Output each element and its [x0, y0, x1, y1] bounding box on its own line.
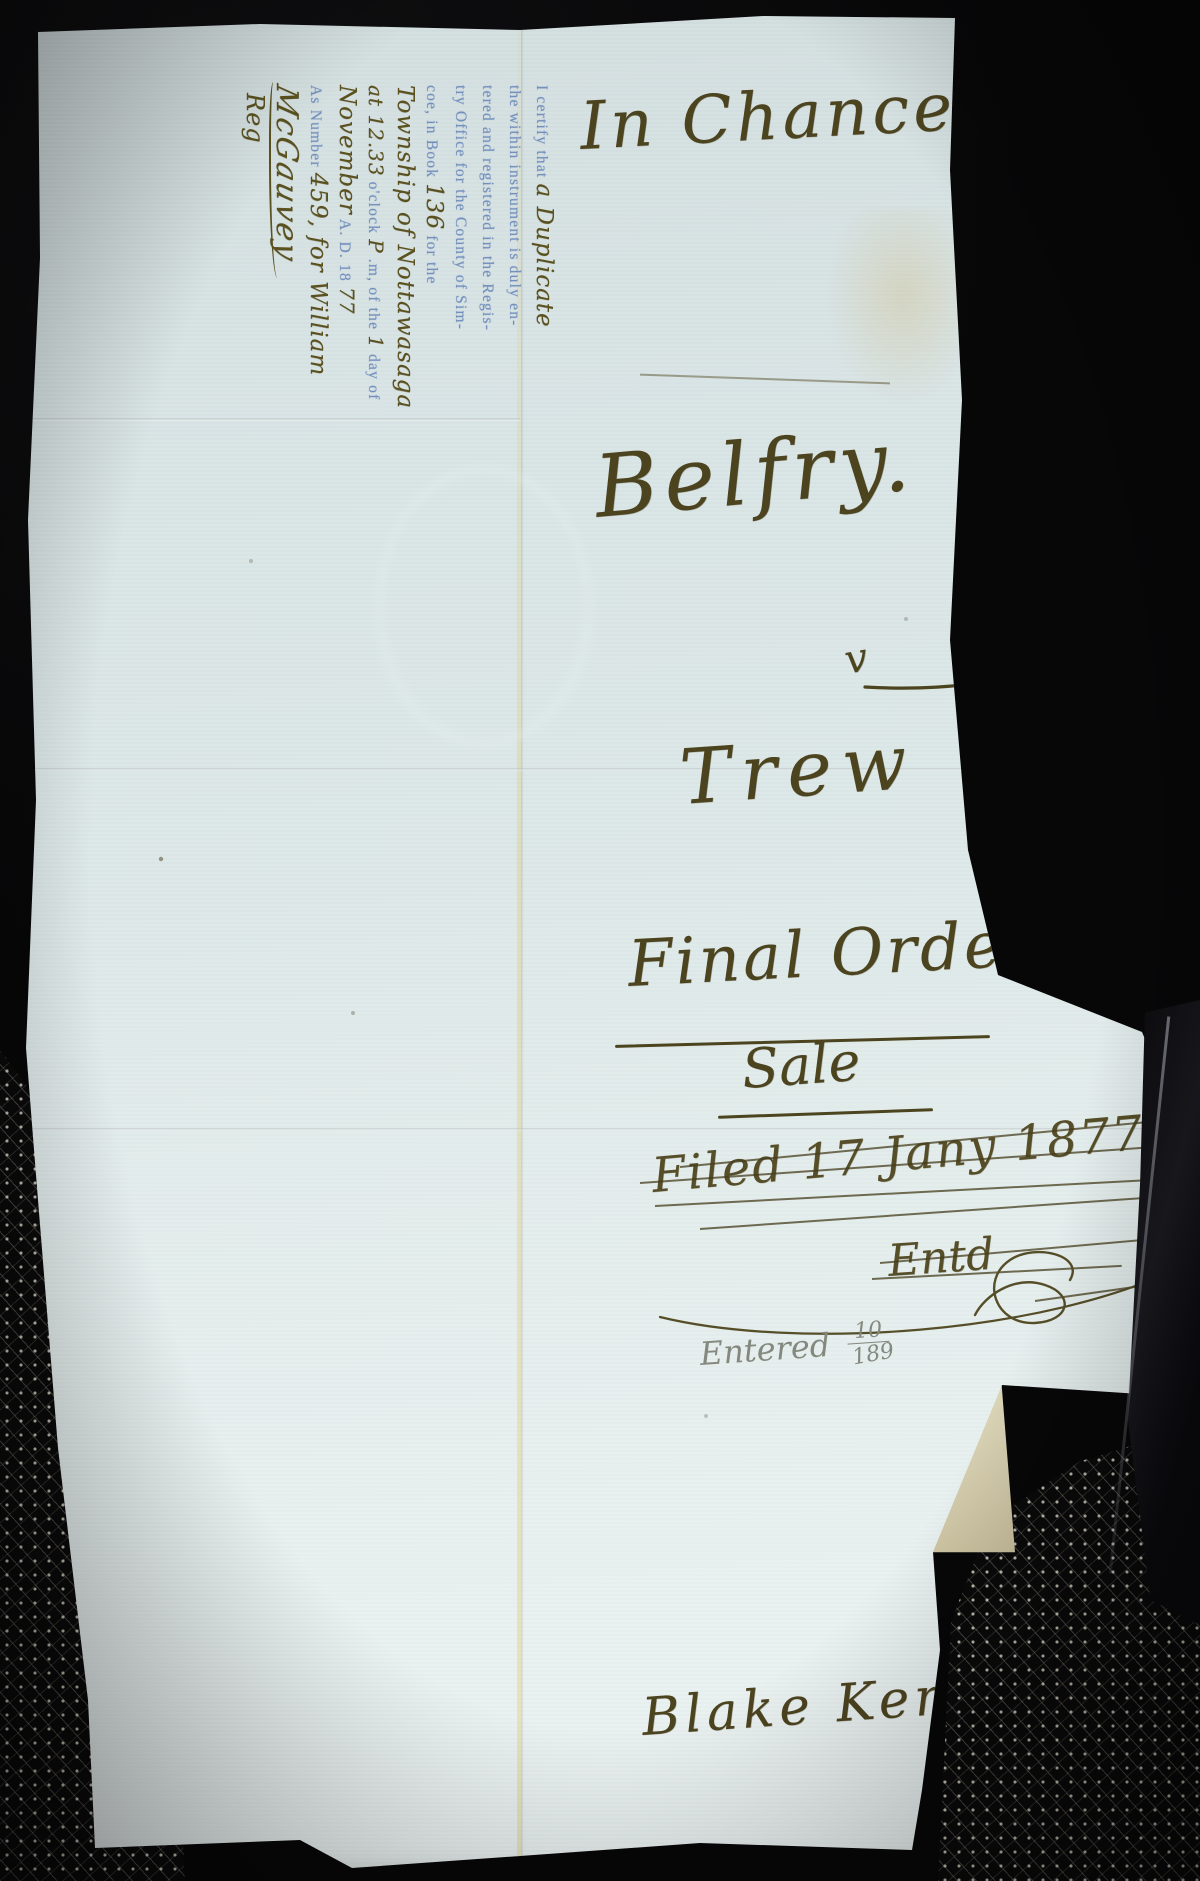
order-subtitle: Sale [740, 1030, 863, 1101]
stamp-line-2-text: the within instrument is duly en- [506, 85, 523, 327]
registry-stamp: I certify that a Duplicate the within in… [238, 85, 557, 417]
order-title: Final Order [626, 907, 1040, 1002]
stamp-line-7: at 12.33 o'clock P .m, of the 1 day of [360, 85, 389, 417]
stamp-line-8: November A. D. 18 77 [331, 85, 360, 417]
struck-filing-note: Filed 17 Jany 1877 [650, 1105, 1147, 1204]
stamp-certify-prefix: I certify that [533, 85, 550, 178]
stamp-year-written: 77 [335, 287, 359, 314]
stamp-signature-row: McGauvey [268, 85, 300, 417]
pencil-fraction: 10189 [846, 1319, 891, 1369]
stamp-line-5-pre: coe, in Book [423, 85, 440, 178]
stamp-certify-written: a Duplicate [531, 183, 557, 327]
order-subtitle-underline [718, 1108, 933, 1118]
stamp-line-5: coe, in Book 136 for the [418, 85, 447, 417]
stamp-line-4-text: try Office for the County of Sim- [452, 85, 469, 330]
stamp-reg-row: Reg [238, 85, 268, 417]
pencil-fraction-bottom: 189 [851, 1339, 897, 1370]
embossed-seal [375, 465, 593, 748]
registrar-title: Reg [241, 93, 269, 144]
stamp-day-written: 1 [364, 335, 388, 349]
stamp-time-written: at 12.33 [364, 85, 388, 177]
pencil-entered-label: Entered [699, 1326, 832, 1373]
age-specks [0, 0, 2, 2]
horizontal-crease-1 [28, 418, 520, 421]
stamp-township-written: Township of Nottawasaga [392, 85, 418, 409]
defendant-name: Trew [677, 717, 920, 822]
stamp-oclock: o'clock [365, 182, 382, 235]
stamp-number-label: As Number [307, 85, 324, 168]
stamp-book-number: 136 [421, 183, 447, 230]
stamp-line-8-printed: A. D. 18 [336, 219, 353, 282]
stamp-line-5-post: for the [423, 235, 440, 284]
stamp-line-6: Township of Nottawasaga [389, 85, 418, 417]
pen-flourish [615, 1225, 1195, 1345]
stamp-line-7-post: day of [365, 354, 382, 400]
stamp-line-3-text: tered and registered in the Regis- [479, 85, 496, 331]
photo-scene: I certify that a Duplicate the within in… [0, 0, 1200, 1881]
stamp-line-9: As Number 459, for William [302, 85, 331, 417]
registrar-signature: McGauvey [269, 81, 300, 284]
curly-brace [845, 355, 1175, 705]
stamp-line-4: try Office for the County of Sim- [447, 85, 474, 417]
court-heading: In Chancery [578, 64, 1035, 165]
stamp-month-written: November [334, 85, 360, 215]
stamp-line-1: I certify that a Duplicate [528, 85, 557, 417]
stamp-line-3: tered and registered in the Regis- [474, 85, 501, 417]
stamp-number-written: 459, for William [305, 173, 331, 376]
stamp-line-2: the within instrument is duly en- [501, 85, 528, 417]
stamp-meridiem-written: P [364, 239, 388, 253]
stamp-line-7-mid: .m, of the [365, 259, 382, 330]
